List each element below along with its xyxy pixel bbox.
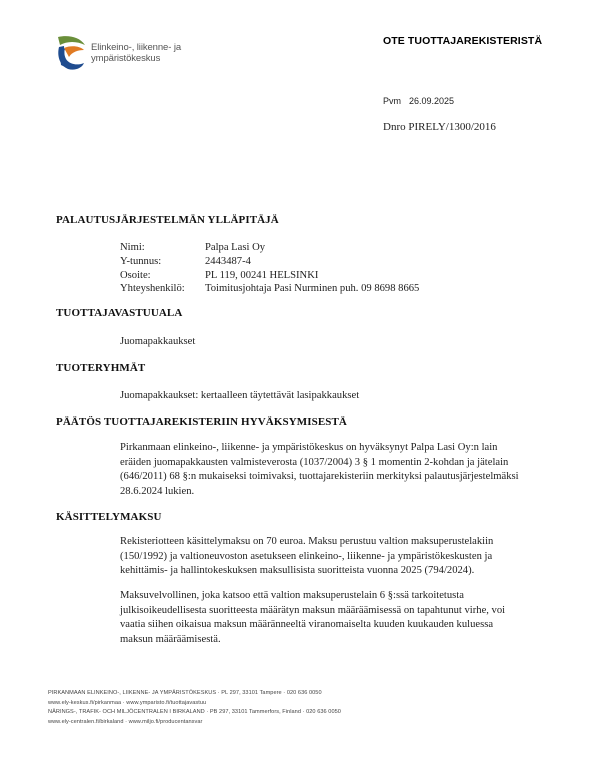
decision-line: 28.6.2024 lukien.	[120, 485, 580, 500]
heading-responsibility: TUOTTAJAVASTUUALA	[56, 307, 182, 319]
document-type-title: OTE TUOTTAJAREKISTERISTÄ	[383, 35, 542, 47]
info-value: Palpa Lasi Oy	[205, 241, 419, 255]
info-value: 2443487-4	[205, 255, 419, 269]
footer-line-office-sv: NÄRINGS-, TRAFIK- OCH MILJÖCENTRALEN I B…	[48, 708, 341, 718]
fee-paragraph-1: Rekisteriotteen käsittelymaksu on 70 eur…	[120, 535, 580, 579]
ely-centre-logo-icon	[55, 33, 89, 71]
responsibility-text: Juomapakkaukset	[120, 335, 195, 350]
decision-line: Pirkanmaan elinkeino-, liikenne- ja ympä…	[120, 441, 580, 456]
product-groups-text: Juomapakkaukset: kertaalleen täytettävät…	[120, 389, 359, 404]
fee-line: kehittämis- ja hallintokeskuksen maksull…	[120, 564, 580, 579]
heading-product-groups: TUOTERYHMÄT	[56, 362, 145, 374]
logo-line-2: ympäristökeskus	[91, 53, 181, 64]
info-row-business-id: Y-tunnus: 2443487-4	[120, 255, 419, 269]
info-value: Toimitusjohtaja Pasi Nurminen puh. 09 86…	[205, 282, 419, 296]
fee-line: Rekisteriotteen käsittelymaksu on 70 eur…	[120, 535, 580, 550]
fee-line: maksun määräämisestä.	[120, 633, 580, 648]
record-number: Dnro PIRELY/1300/2016	[383, 121, 496, 133]
fee-line: vaatia siihen oikaisua maksun määränneel…	[120, 618, 580, 633]
heading-fee: KÄSITTELYMAKSU	[56, 511, 162, 523]
dnro-value: PIRELY/1300/2016	[408, 121, 496, 133]
fee-line: julkisoikeudellisesta suoritteesta määrä…	[120, 604, 580, 619]
decision-line: (646/2011) 68 §:n mukaiseksi toimivaksi,…	[120, 470, 580, 485]
dnro-label: Dnro	[383, 121, 406, 133]
info-value: PL 119, 00241 HELSINKI	[205, 269, 419, 283]
footer-line-office-fi: PIRKANMAAN ELINKEINO-, LIIKENNE- JA YMPÄ…	[48, 689, 341, 699]
document-page: Elinkeino-, liikenne- ja ympäristökeskus…	[0, 0, 600, 777]
heading-maintainer: PALAUTUSJÄRJESTELMÄN YLLÄPITÄJÄ	[56, 214, 279, 226]
date-value: 26.09.2025	[409, 96, 454, 106]
maintainer-info-table: Nimi: Palpa Lasi Oy Y-tunnus: 2443487-4 …	[120, 241, 419, 296]
info-label: Nimi:	[120, 241, 205, 255]
document-date: Pvm26.09.2025	[383, 96, 454, 106]
ely-logo: Elinkeino-, liikenne- ja ympäristökeskus	[55, 33, 245, 73]
info-label: Yhteyshenkilö:	[120, 282, 205, 296]
decision-line: eräiden juomapakkausten valmisteverosta …	[120, 456, 580, 471]
info-row-name: Nimi: Palpa Lasi Oy	[120, 241, 419, 255]
info-row-contact: Yhteyshenkilö: Toimitusjohtaja Pasi Nurm…	[120, 282, 419, 296]
logo-line-1: Elinkeino-, liikenne- ja	[91, 42, 181, 53]
logo-text: Elinkeino-, liikenne- ja ympäristökeskus	[91, 42, 181, 64]
fee-paragraph-2: Maksuvelvollinen, joka katsoo että valti…	[120, 589, 580, 647]
date-label: Pvm	[383, 96, 401, 106]
fee-line: (150/1992) ja valtioneuvoston asetukseen…	[120, 550, 580, 565]
info-row-address: Osoite: PL 119, 00241 HELSINKI	[120, 269, 419, 283]
page-footer: PIRKANMAAN ELINKEINO-, LIIKENNE- JA YMPÄ…	[48, 689, 341, 727]
footer-line-web-sv: www.ely-centralen.fi/birkaland · www.mil…	[48, 718, 341, 728]
footer-line-web-fi: www.ely-keskus.fi/pirkanmaa · www.ympari…	[48, 699, 341, 709]
decision-paragraph: Pirkanmaan elinkeino-, liikenne- ja ympä…	[120, 441, 580, 499]
heading-decision: PÄÄTÖS TUOTTAJAREKISTERIIN HYVÄKSYMISEST…	[56, 416, 347, 428]
fee-line: Maksuvelvollinen, joka katsoo että valti…	[120, 589, 580, 604]
info-label: Osoite:	[120, 269, 205, 283]
info-label: Y-tunnus:	[120, 255, 205, 269]
